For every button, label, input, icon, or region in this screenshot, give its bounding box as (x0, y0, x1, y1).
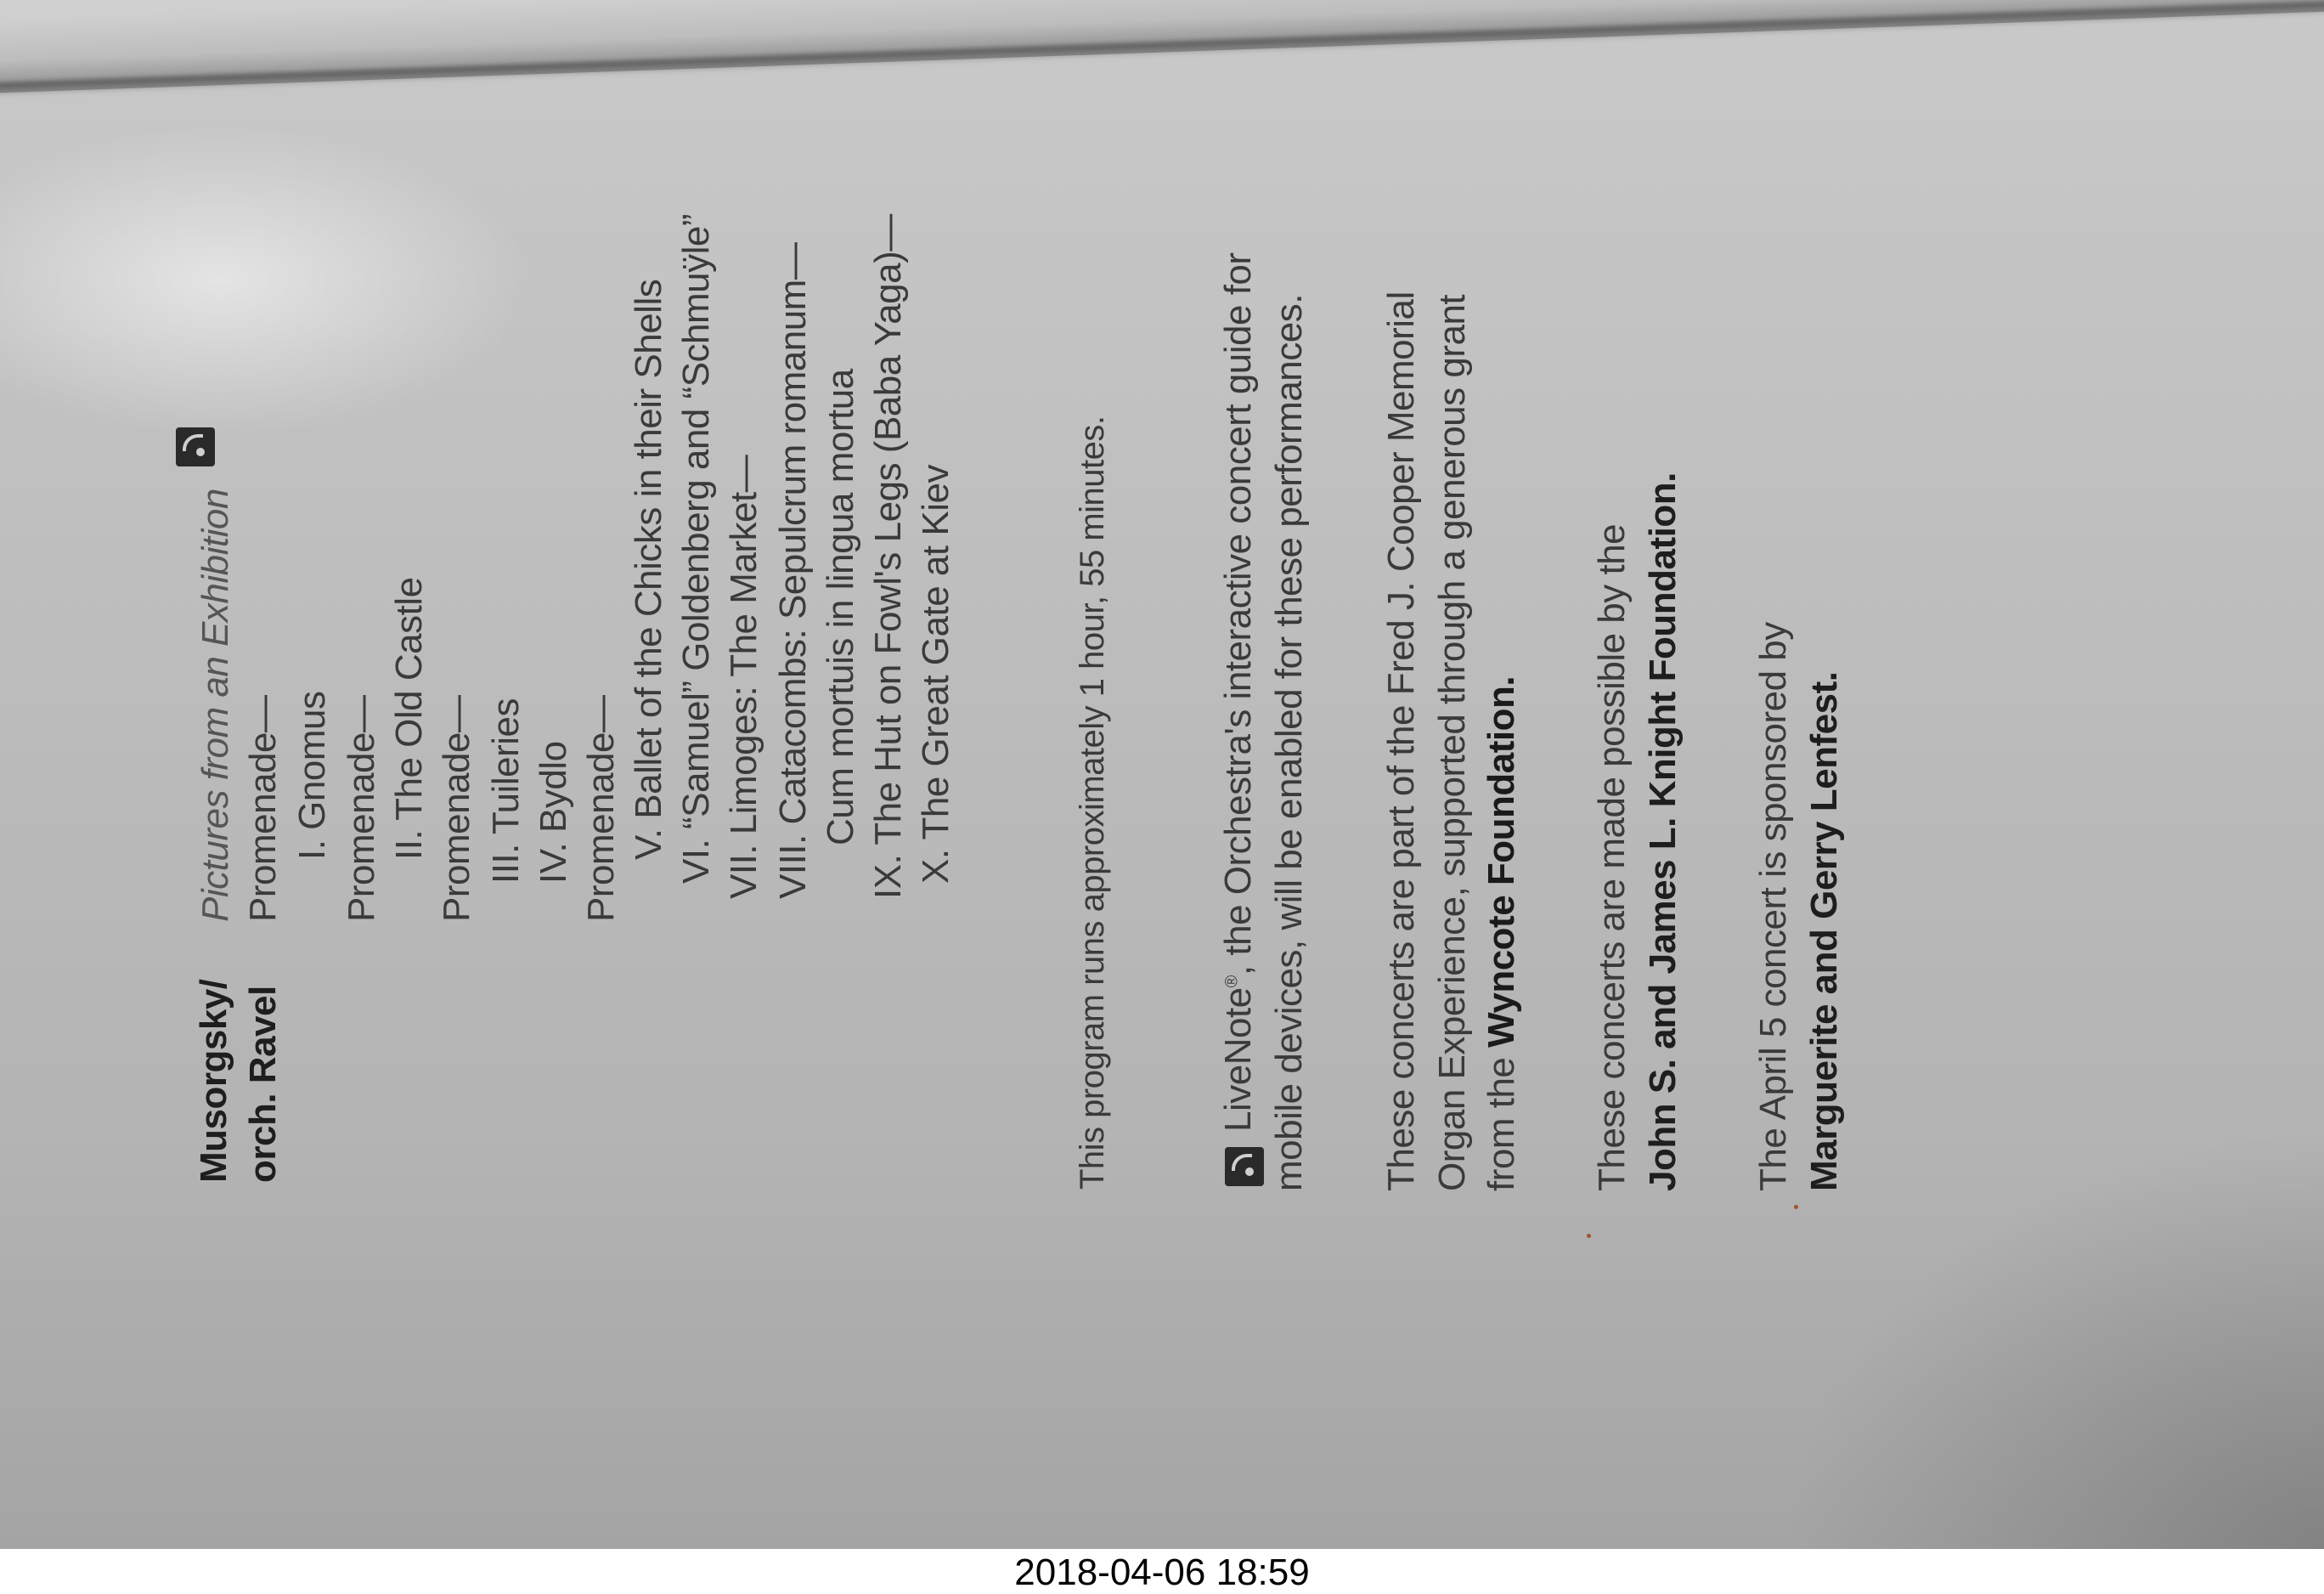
movement-item: VIII. Catacombs: Sepulcrum romanum— (775, 243, 812, 899)
knight-foundation: John S. and James L. Knight Foundation. (1644, 472, 1682, 1191)
paper-speck (1587, 1234, 1591, 1238)
movement-item: VII. Limoges: The Market— (725, 455, 763, 899)
movement-item: VI. “Samuel” Goldenberg and “Schmuÿle” (678, 214, 715, 884)
movement-item: Cum mortuis in lingua mortua (822, 369, 860, 845)
movement-item: II. The Old Castle (391, 577, 428, 860)
livenote-brand: LiveNote (1217, 987, 1259, 1132)
orchestrator-name: orch. Ravel (245, 986, 282, 1183)
paper-speck (1794, 1205, 1798, 1209)
work-title: Pictures from an Exhibition (197, 489, 234, 922)
duration-note: This program runs approximately 1 hour, … (1075, 416, 1109, 1190)
livenote-icon (176, 427, 215, 466)
movement-item: X. The Great Gate at Kiev (917, 465, 955, 884)
movement-item: III. Tuileries (488, 698, 525, 884)
movement-item: Promenade— (583, 696, 620, 922)
wyncote-foundation: Wyncote Foundation. (1481, 676, 1522, 1048)
organ-line-3: from the Wyncote Foundation. (1483, 676, 1520, 1191)
composer-name: Musorgsky/ (195, 979, 233, 1183)
livenote-line-2: mobile devices, will be enabled for thes… (1271, 294, 1308, 1191)
registered-mark: ® (1222, 975, 1241, 987)
knight-line-1: These concerts are made possible by the (1594, 524, 1631, 1191)
movement-item: V. Ballet of the Chicks in their Shells (630, 280, 668, 860)
movement-item: I. Gnomus (294, 692, 331, 860)
organ-line-1: These concerts are part of the Fred J. C… (1383, 291, 1420, 1191)
organ-line-3-prefix: from the (1481, 1048, 1522, 1191)
photo-timestamp: 2018-04-06 18:59 (0, 1552, 2324, 1594)
sponsor-line-1: The April 5 concert is sponsored by (1755, 622, 1792, 1191)
movement-item: Promenade— (343, 696, 381, 922)
livenote-line-1: LiveNote®, the Orchestra's interactive c… (1220, 252, 1257, 1132)
livenote-text: , the Orchestra's interactive concert gu… (1217, 252, 1259, 975)
sponsor-names: Marguerite and Gerry Lenfest. (1806, 672, 1843, 1191)
program-page-photo: Musorgsky/ Pictures from an Exhibition o… (0, 0, 2324, 1549)
movement-item: IV. Bydlo (535, 741, 573, 884)
movement-item: IX. The Hut on Fowl's Legs (Baba Yaga)— (870, 214, 907, 899)
organ-line-2: Organ Experience, supported through a ge… (1434, 295, 1471, 1191)
movement-item: Promenade— (245, 696, 282, 922)
livenote-icon (1225, 1147, 1264, 1186)
movement-item: Promenade— (438, 696, 476, 922)
